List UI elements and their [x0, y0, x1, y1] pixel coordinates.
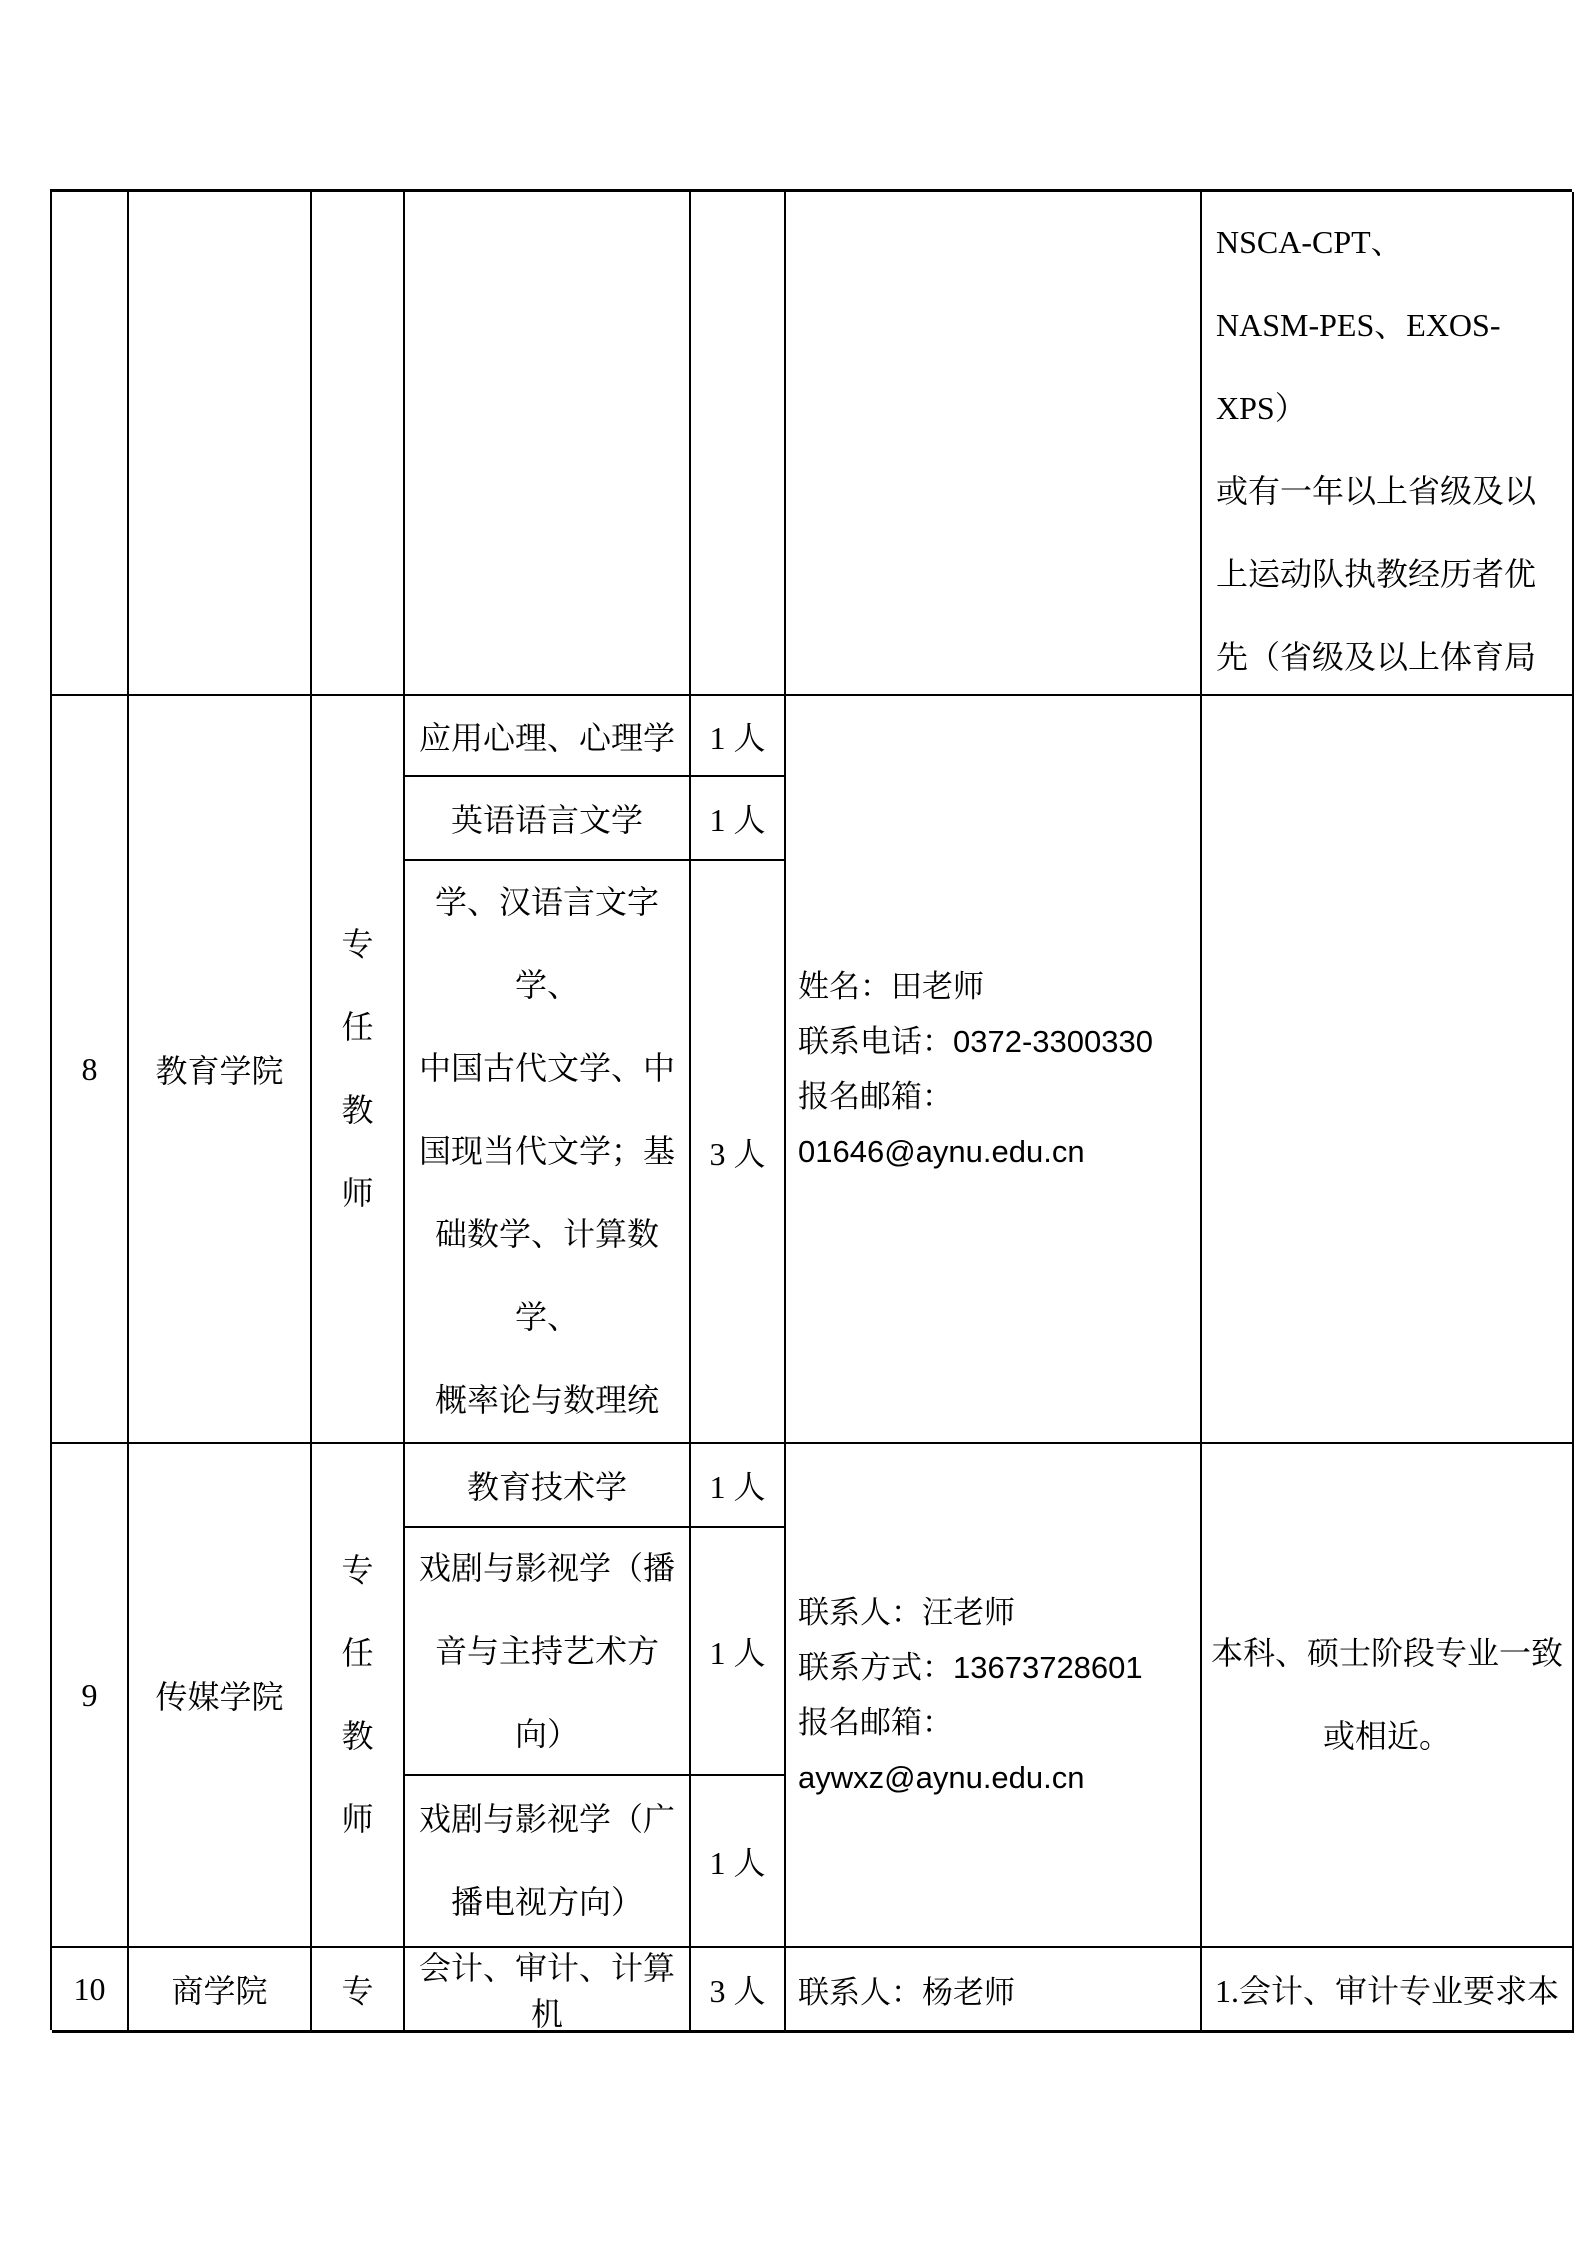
count-cell-row9-3: 1 人	[691, 1776, 786, 1948]
major-cell-row9-3: 戏剧与影视学（广播电视方向）	[405, 1776, 691, 1948]
contact-cell-row7	[786, 192, 1202, 696]
seq-cell-row7	[52, 192, 129, 696]
major-cell-row8-3: 语言学及应用语言学、汉语言文字学、中国古代文学、中国现当代文学；基础数学、计算数…	[405, 861, 691, 1444]
seq-cell-row9: 9	[52, 1444, 129, 1948]
position-cell-row8: 专任教师	[312, 696, 405, 1444]
count-cell-row7	[691, 192, 786, 696]
requirement-cell-row7: NSCA-CPT、NASM-PES、EXOS-XPS）或有一年以上省级及以上运动…	[1202, 192, 1574, 696]
major-cell-row8-2: 英语语言文学	[405, 777, 691, 861]
college-cell-row9: 传媒学院	[129, 1444, 312, 1948]
contact-cell-row8: 姓名：田老师联系电话：0372-3300330报名邮箱：01646@aynu.e…	[786, 696, 1202, 1444]
count-cell-row8-2: 1 人	[691, 777, 786, 861]
position-cell-row10: 专	[312, 1948, 405, 2033]
college-cell-row7	[129, 192, 312, 696]
major-cell-row8-1: 应用心理、心理学	[405, 696, 691, 777]
major-cell-row9-2: 戏剧与影视学（播音与主持艺术方向）	[405, 1528, 691, 1776]
requirement-cell-row10: 1.会计、审计专业要求本	[1202, 1948, 1574, 2033]
count-cell-row9-2: 1 人	[691, 1528, 786, 1776]
position-cell-row9: 专任教师	[312, 1444, 405, 1948]
major-cell-row7	[405, 192, 691, 696]
contact-cell-row9: 联系人：汪老师联系方式：13673728601报名邮箱：aywxz@aynu.e…	[786, 1444, 1202, 1948]
requirement-cell-row9: 本科、硕士阶段专业一致或相近。	[1202, 1444, 1574, 1948]
college-cell-row10: 商学院	[129, 1948, 312, 2033]
recruitment-table: NSCA-CPT、NASM-PES、EXOS-XPS）或有一年以上省级及以上运动…	[50, 189, 1572, 2030]
requirement-cell-row8	[1202, 696, 1574, 1444]
contact-cell-row10: 联系人：杨老师	[786, 1948, 1202, 2033]
seq-cell-row8: 8	[52, 696, 129, 1444]
major-cell-row10: 会计、审计、计算机	[405, 1948, 691, 2033]
document-page: NSCA-CPT、NASM-PES、EXOS-XPS）或有一年以上省级及以上运动…	[0, 0, 1587, 2245]
count-cell-row8-3: 3 人	[691, 861, 786, 1444]
position-cell-row7	[312, 192, 405, 696]
college-cell-row8: 教育学院	[129, 696, 312, 1444]
seq-cell-row10: 10	[52, 1948, 129, 2033]
count-cell-row10: 3 人	[691, 1948, 786, 2033]
count-cell-row8-1: 1 人	[691, 696, 786, 777]
major-cell-row9-1: 教育技术学	[405, 1444, 691, 1528]
count-cell-row9-1: 1 人	[691, 1444, 786, 1528]
